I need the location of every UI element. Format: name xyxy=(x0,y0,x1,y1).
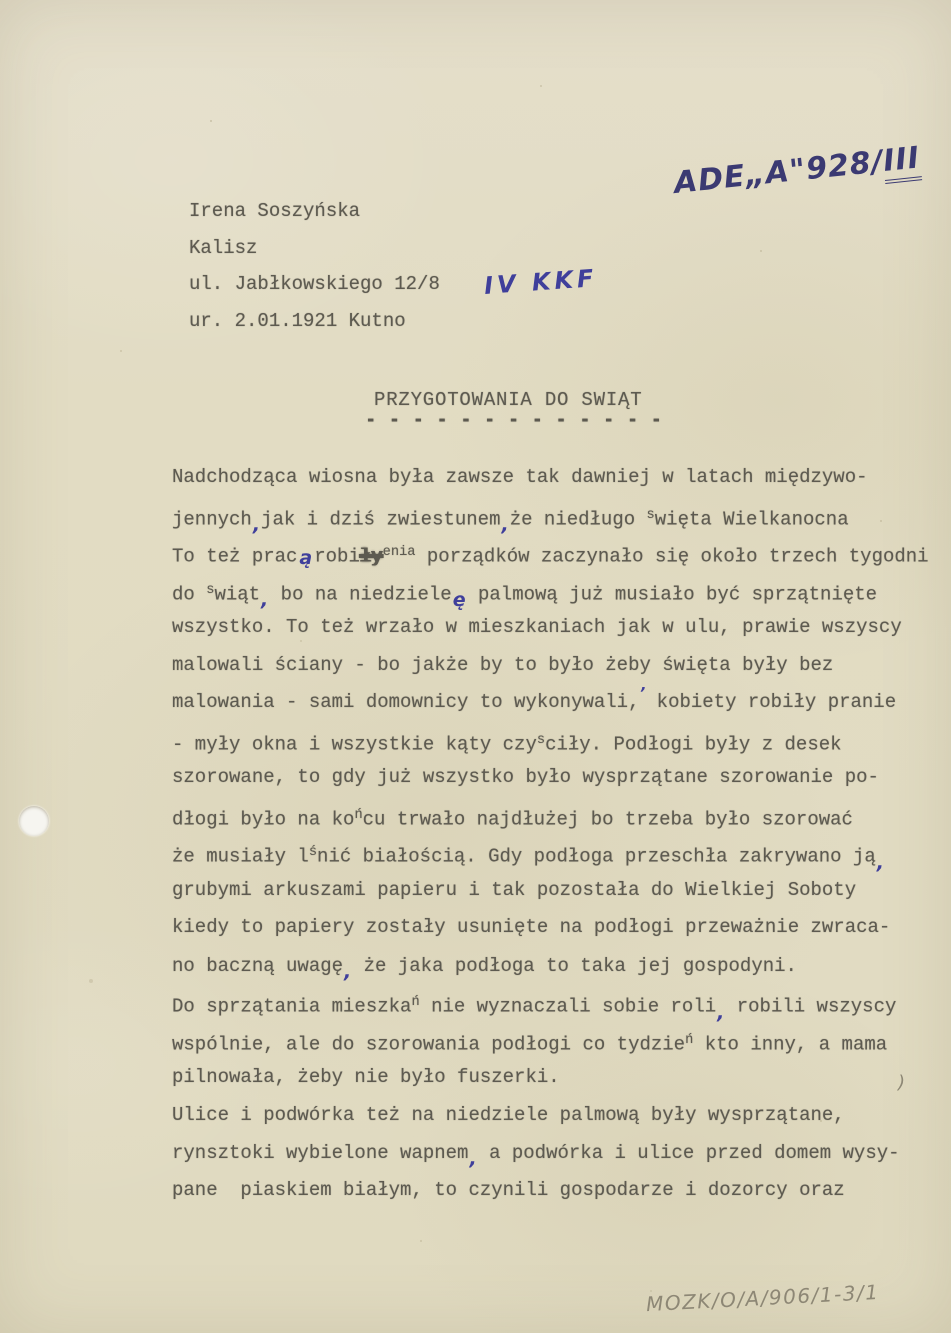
text-segment: Nadchodząca wiosna była zawsze tak dawni… xyxy=(172,466,868,488)
body-line: do swiąt, bo na niedzieleę palmową już m… xyxy=(172,572,929,610)
text-segment: bo na niedziele xyxy=(269,583,451,605)
text-segment: , xyxy=(877,852,884,874)
archive-mark-suffix: III xyxy=(882,140,922,184)
body-line: To też pracąrobiłyenia porządków zaczyna… xyxy=(172,534,929,572)
text-segment: cu trwało najdłużej bo trzeba było szoro… xyxy=(363,808,853,830)
text-segment: że musiały l xyxy=(172,846,309,868)
body-line: jennych,jak i dziś zwiestunem,że niedług… xyxy=(172,497,929,535)
text-segment: nie wyznaczali sobie roli xyxy=(420,996,716,1018)
text-segment: rynsztoki wybielone wapnem xyxy=(172,1142,468,1164)
text-segment: pane piaskiem białym, to czynili gospoda… xyxy=(172,1179,845,1201)
body-line: grubymi arkuszami papieru i tak pozostał… xyxy=(172,872,929,910)
text-segment: Do sprzątania mieszka xyxy=(172,996,411,1018)
body-line: pilnowała, żeby nie było fuszerki. xyxy=(172,1059,929,1097)
punch-hole xyxy=(19,806,49,836)
text-segment: ń xyxy=(411,995,419,1010)
stray-pencil-mark: ) xyxy=(898,1072,905,1093)
body-line: rynsztoki wybielone wapnem, a podwórka i… xyxy=(172,1134,929,1172)
body-line: kiedy to papiery zostały usunięte na pod… xyxy=(172,909,929,947)
body-text: Nadchodząca wiosna była zawsze tak dawni… xyxy=(172,459,929,1209)
text-segment: no baczną uwagę xyxy=(172,955,343,977)
body-line: Nadchodząca wiosna była zawsze tak dawni… xyxy=(172,459,929,497)
body-line: Do sprzątania mieszkań nie wyznaczali so… xyxy=(172,984,929,1022)
text-segment: porządków zaczynało się około trzech tyg… xyxy=(416,546,929,568)
body-line: - myły okna i wszystkie kąty czysciły. P… xyxy=(172,722,929,760)
text-segment: ’ xyxy=(639,684,645,702)
scanned-document-page: ADE„A"928/III Irena SoszyńskaKaliszul. J… xyxy=(0,0,951,1333)
text-segment: , xyxy=(717,1002,724,1024)
text-segment: pilnowała, żeby nie było fuszerki. xyxy=(172,1066,560,1088)
paper-texture xyxy=(0,0,2,2)
text-segment: ą xyxy=(299,547,312,569)
body-line: wspólnie, ale do szorowania podłogi co t… xyxy=(172,1022,929,1060)
text-segment: że niedługo xyxy=(510,508,647,530)
kkf-note-handwritten: IV KKF xyxy=(483,264,598,300)
text-segment: wiąt xyxy=(214,583,260,605)
text-segment: jak i dziś zwiestunem xyxy=(261,508,500,530)
title-underline: - - - - - - - - - - - - - xyxy=(365,406,663,434)
text-segment: malowania - sami domownicy to wykonywali… xyxy=(172,691,639,713)
author-address-block: Irena SoszyńskaKaliszul. Jabłkowskiego 1… xyxy=(189,193,440,339)
body-line: malowania - sami domownicy to wykonywali… xyxy=(172,684,929,722)
body-line: szorowane, to gdy już wszystko było wysp… xyxy=(172,759,929,797)
text-segment: więta Wielkanocna xyxy=(655,508,849,530)
author-line: Irena Soszyńska xyxy=(189,193,440,230)
text-segment: s xyxy=(647,508,655,523)
bottom-reference-pencil: MOZK/O/A/906/1-3/1 xyxy=(646,1280,880,1316)
text-segment: jennych xyxy=(172,508,252,530)
text-segment: kobiety robiły pranie xyxy=(645,691,896,713)
text-segment: malowali ściany - bo jakże by to było że… xyxy=(172,654,833,676)
archive-mark-handwritten: ADE„A"928/III xyxy=(672,140,921,201)
text-segment: grubymi arkuszami papieru i tak pozostał… xyxy=(172,879,856,901)
author-line: ur. 2.01.1921 Kutno xyxy=(189,303,440,340)
text-segment: do xyxy=(172,583,206,605)
text-segment: ciły. Podłogi były z desek xyxy=(545,733,841,755)
text-segment: , xyxy=(253,514,260,536)
text-segment: że jaka podłoga to taka jej gospodyni. xyxy=(352,955,797,977)
body-line: pane piaskiem białym, to czynili gospoda… xyxy=(172,1172,929,1210)
text-segment: palmową już musiało być sprzątnięte xyxy=(467,583,877,605)
body-line: że musiały lśnić białością. Gdy podłoga … xyxy=(172,834,929,872)
text-segment: dłogi było na ko xyxy=(172,808,354,830)
text-segment: , xyxy=(261,589,268,611)
text-segment: kiedy to papiery zostały usunięte na pod… xyxy=(172,916,890,938)
author-line: ul. Jabłkowskiego 12/8 xyxy=(189,266,440,303)
text-segment: Ulice i podwórka też na niedziele palmow… xyxy=(172,1104,845,1126)
body-line: malowali ściany - bo jakże by to było że… xyxy=(172,647,929,685)
text-segment: s xyxy=(537,733,545,748)
text-segment: nić białością. Gdy podłoga przeschła zak… xyxy=(317,846,876,868)
text-segment: enia xyxy=(383,545,416,560)
text-segment: , xyxy=(469,1148,476,1170)
body-line: wszystko. To też wrzało w mieszkaniach j… xyxy=(172,609,929,647)
body-line: no baczną uwagę, że jaka podłoga to taka… xyxy=(172,947,929,985)
text-segment: , xyxy=(344,961,351,983)
body-line: dłogi było na końcu trwało najdłużej bo … xyxy=(172,797,929,835)
text-segment: ś xyxy=(309,845,317,860)
text-segment: szorowane, to gdy już wszystko było wysp… xyxy=(172,766,879,788)
text-segment: wspólnie, ale do szorowania podłogi co t… xyxy=(172,1033,685,1055)
text-segment: wszystko. To też wrzało w mieszkaniach j… xyxy=(172,616,902,638)
text-segment: robi xyxy=(314,546,360,568)
text-segment: robili wszyscy xyxy=(725,996,896,1018)
archive-mark-prefix: ADE„A"928/ xyxy=(672,144,885,201)
text-segment: ę xyxy=(453,589,466,611)
author-line: Kalisz xyxy=(189,230,440,267)
text-segment: a podwórka i ulice przed domem wysy- xyxy=(478,1142,900,1164)
text-segment: ń xyxy=(354,808,362,823)
text-segment: ły xyxy=(360,546,383,568)
text-segment: , xyxy=(502,514,509,536)
body-line: Ulice i podwórka też na niedziele palmow… xyxy=(172,1097,929,1135)
text-segment: To też prac xyxy=(172,546,297,568)
text-segment: kto inny, a mama xyxy=(693,1033,887,1055)
text-segment: - myły okna i wszystkie kąty czy xyxy=(172,733,537,755)
